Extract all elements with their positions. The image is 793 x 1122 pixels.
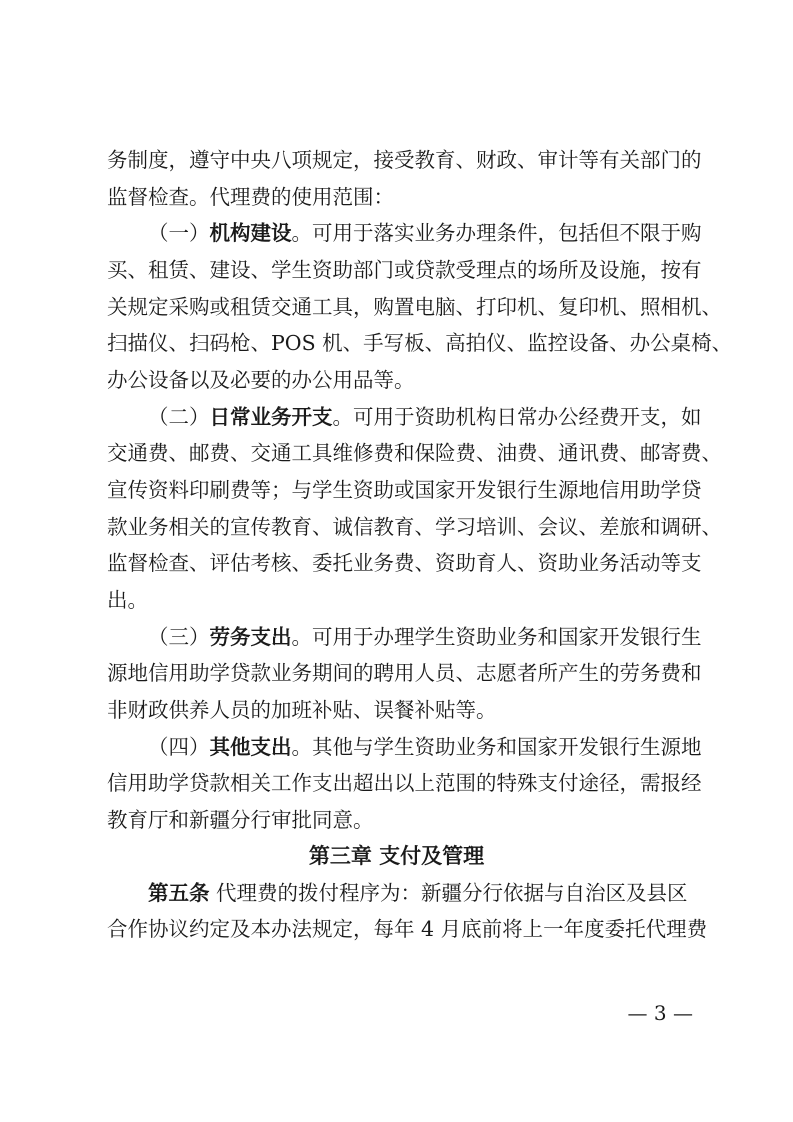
article-5-first-line: 第五条 代理费的拨付程序为：新疆分行依据与自治区及县区: [148, 880, 683, 906]
paragraph-line: 宣传资料印刷费等；与学生资助或国家开发银行生源地信用助学贷: [107, 477, 683, 503]
section-4-title: 其他支出: [210, 735, 292, 759]
section-4-prefix: （四）: [148, 735, 210, 759]
article-5-label: 第五条: [148, 881, 210, 905]
paragraph-line: 买、租赁、建设、学生资助部门或贷款受理点的场所及设施，按有: [107, 257, 683, 283]
paragraph-line: 监督检查、评估考核、委托业务费、资助育人、资助业务活动等支: [107, 550, 683, 576]
paragraph-line: 信用助学贷款相关工作支出超出以上范围的特殊支付途径，需报经: [107, 770, 683, 796]
paragraph-line: 合作协议约定及本办法规定，每年 4 月底前将上一年度委托代理费: [107, 916, 683, 942]
paragraph-line: 源地信用助学贷款业务期间的聘用人员、志愿者所产生的劳务费和: [107, 660, 683, 686]
paragraph-line: 教育厅和新疆分行审批同意。: [107, 807, 683, 833]
page-number: — 3 —: [628, 1000, 693, 1026]
section-3-prefix: （三）: [148, 625, 210, 649]
section-2-prefix: （二）: [148, 405, 210, 429]
section-1-title: 机构建设: [210, 221, 292, 245]
paragraph-line: 办公设备以及必要的办公用品等。: [107, 367, 683, 393]
section-1-first-line: （一）机构建设。可用于落实业务办理条件，包括但不限于购: [148, 220, 683, 246]
section-1-text: 。可用于落实业务办理条件，包括但不限于购: [292, 221, 702, 245]
paragraph-line: 务制度，遵守中央八项规定，接受教育、财政、审计等有关部门的: [107, 147, 683, 173]
section-3-text: 。可用于办理学生资助业务和国家开发银行生: [292, 625, 702, 649]
paragraph-line: 交通费、邮费、交通工具维修费和保险费、油费、通讯费、邮寄费、: [107, 440, 683, 466]
section-1-prefix: （一）: [148, 221, 210, 245]
paragraph-line: 出。: [107, 587, 683, 613]
paragraph-line: 监督检查。代理费的使用范围：: [107, 184, 683, 210]
paragraph-line: 非财政供养人员的加班补贴、误餐补贴等。: [107, 697, 683, 723]
section-2-text: 。可用于资助机构日常办公经费开支，如: [333, 405, 702, 429]
chapter-heading: 第三章 支付及管理: [0, 843, 793, 869]
paragraph-line: 款业务相关的宣传教育、诚信教育、学习培训、会议、差旅和调研、: [107, 514, 683, 540]
section-4-text: 。其他与学生资助业务和国家开发银行生源地: [292, 735, 702, 759]
paragraph-line: 扫描仪、扫码枪、POS 机、手写板、高拍仪、监控设备、办公桌椅、: [107, 330, 683, 356]
section-2-first-line: （二）日常业务开支。可用于资助机构日常办公经费开支，如: [148, 404, 683, 430]
paragraph-line: 关规定采购或租赁交通工具，购置电脑、打印机、复印机、照相机、: [107, 294, 683, 320]
section-3-first-line: （三）劳务支出。可用于办理学生资助业务和国家开发银行生: [148, 624, 683, 650]
section-3-title: 劳务支出: [210, 625, 292, 649]
article-5-text: 代理费的拨付程序为：新疆分行依据与自治区及县区: [210, 881, 688, 905]
section-4-first-line: （四）其他支出。其他与学生资助业务和国家开发银行生源地: [148, 734, 683, 760]
section-2-title: 日常业务开支: [210, 405, 333, 429]
